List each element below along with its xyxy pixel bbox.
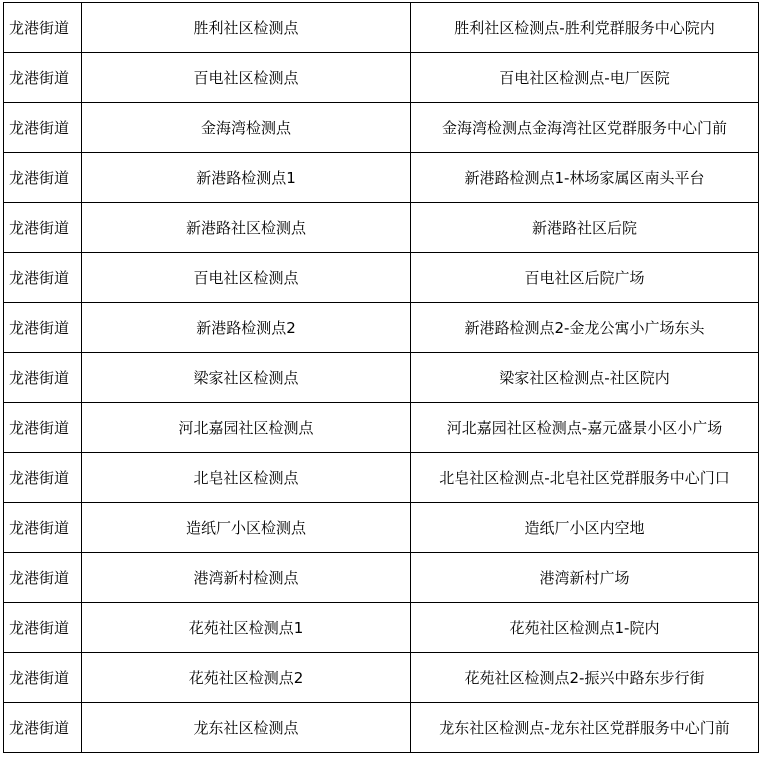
table-row: 龙港街道百电社区检测点百电社区检测点-电厂医院 xyxy=(4,53,759,103)
site-name-cell: 新港路检测点2 xyxy=(82,303,411,353)
street-cell: 龙港街道 xyxy=(4,53,82,103)
table-row: 龙港街道河北嘉园社区检测点河北嘉园社区检测点-嘉元盛景小区小广场 xyxy=(4,403,759,453)
site-location-cell: 龙东社区检测点-龙东社区党群服务中心门前 xyxy=(411,703,759,753)
site-location-cell: 港湾新村广场 xyxy=(411,553,759,603)
table-row: 龙港街道北皂社区检测点北皂社区检测点-北皂社区党群服务中心门口 xyxy=(4,453,759,503)
site-location-cell: 胜利社区检测点-胜利党群服务中心院内 xyxy=(411,3,759,53)
site-name-cell: 百电社区检测点 xyxy=(82,53,411,103)
site-name-cell: 花苑社区检测点1 xyxy=(82,603,411,653)
street-cell: 龙港街道 xyxy=(4,603,82,653)
site-location-cell: 北皂社区检测点-北皂社区党群服务中心门口 xyxy=(411,453,759,503)
street-cell: 龙港街道 xyxy=(4,103,82,153)
site-location-cell: 造纸厂小区内空地 xyxy=(411,503,759,553)
site-name-cell: 梁家社区检测点 xyxy=(82,353,411,403)
site-location-cell: 金海湾检测点金海湾社区党群服务中心门前 xyxy=(411,103,759,153)
street-cell: 龙港街道 xyxy=(4,653,82,703)
street-cell: 龙港街道 xyxy=(4,403,82,453)
street-cell: 龙港街道 xyxy=(4,503,82,553)
site-location-cell: 花苑社区检测点1-院内 xyxy=(411,603,759,653)
table-row: 龙港街道百电社区检测点百电社区后院广场 xyxy=(4,253,759,303)
site-name-cell: 新港路社区检测点 xyxy=(82,203,411,253)
street-cell: 龙港街道 xyxy=(4,153,82,203)
site-name-cell: 河北嘉园社区检测点 xyxy=(82,403,411,453)
table-row: 龙港街道新港路检测点1新港路检测点1-林场家属区南头平台 xyxy=(4,153,759,203)
table-row: 龙港街道新港路检测点2新港路检测点2-金龙公寓小广场东头 xyxy=(4,303,759,353)
site-name-cell: 龙东社区检测点 xyxy=(82,703,411,753)
table-body: 龙港街道胜利社区检测点胜利社区检测点-胜利党群服务中心院内龙港街道百电社区检测点… xyxy=(4,3,759,753)
site-name-cell: 百电社区检测点 xyxy=(82,253,411,303)
testing-sites-table: 龙港街道胜利社区检测点胜利社区检测点-胜利党群服务中心院内龙港街道百电社区检测点… xyxy=(3,2,759,753)
street-cell: 龙港街道 xyxy=(4,203,82,253)
site-location-cell: 新港路社区后院 xyxy=(411,203,759,253)
site-location-cell: 百电社区后院广场 xyxy=(411,253,759,303)
site-name-cell: 北皂社区检测点 xyxy=(82,453,411,503)
site-location-cell: 新港路检测点1-林场家属区南头平台 xyxy=(411,153,759,203)
street-cell: 龙港街道 xyxy=(4,3,82,53)
site-location-cell: 新港路检测点2-金龙公寓小广场东头 xyxy=(411,303,759,353)
table-row: 龙港街道花苑社区检测点2花苑社区检测点2-振兴中路东步行街 xyxy=(4,653,759,703)
table-row: 龙港街道金海湾检测点金海湾检测点金海湾社区党群服务中心门前 xyxy=(4,103,759,153)
site-name-cell: 港湾新村检测点 xyxy=(82,553,411,603)
site-name-cell: 花苑社区检测点2 xyxy=(82,653,411,703)
table-row: 龙港街道梁家社区检测点梁家社区检测点-社区院内 xyxy=(4,353,759,403)
site-name-cell: 造纸厂小区检测点 xyxy=(82,503,411,553)
table-row: 龙港街道胜利社区检测点胜利社区检测点-胜利党群服务中心院内 xyxy=(4,3,759,53)
table-row: 龙港街道花苑社区检测点1花苑社区检测点1-院内 xyxy=(4,603,759,653)
site-location-cell: 百电社区检测点-电厂医院 xyxy=(411,53,759,103)
site-name-cell: 胜利社区检测点 xyxy=(82,3,411,53)
table-row: 龙港街道港湾新村检测点港湾新村广场 xyxy=(4,553,759,603)
street-cell: 龙港街道 xyxy=(4,453,82,503)
street-cell: 龙港街道 xyxy=(4,253,82,303)
street-cell: 龙港街道 xyxy=(4,353,82,403)
street-cell: 龙港街道 xyxy=(4,553,82,603)
table-row: 龙港街道造纸厂小区检测点造纸厂小区内空地 xyxy=(4,503,759,553)
site-location-cell: 梁家社区检测点-社区院内 xyxy=(411,353,759,403)
site-name-cell: 新港路检测点1 xyxy=(82,153,411,203)
site-name-cell: 金海湾检测点 xyxy=(82,103,411,153)
table-row: 龙港街道龙东社区检测点龙东社区检测点-龙东社区党群服务中心门前 xyxy=(4,703,759,753)
site-location-cell: 河北嘉园社区检测点-嘉元盛景小区小广场 xyxy=(411,403,759,453)
table-row: 龙港街道新港路社区检测点新港路社区后院 xyxy=(4,203,759,253)
street-cell: 龙港街道 xyxy=(4,303,82,353)
street-cell: 龙港街道 xyxy=(4,703,82,753)
site-location-cell: 花苑社区检测点2-振兴中路东步行街 xyxy=(411,653,759,703)
